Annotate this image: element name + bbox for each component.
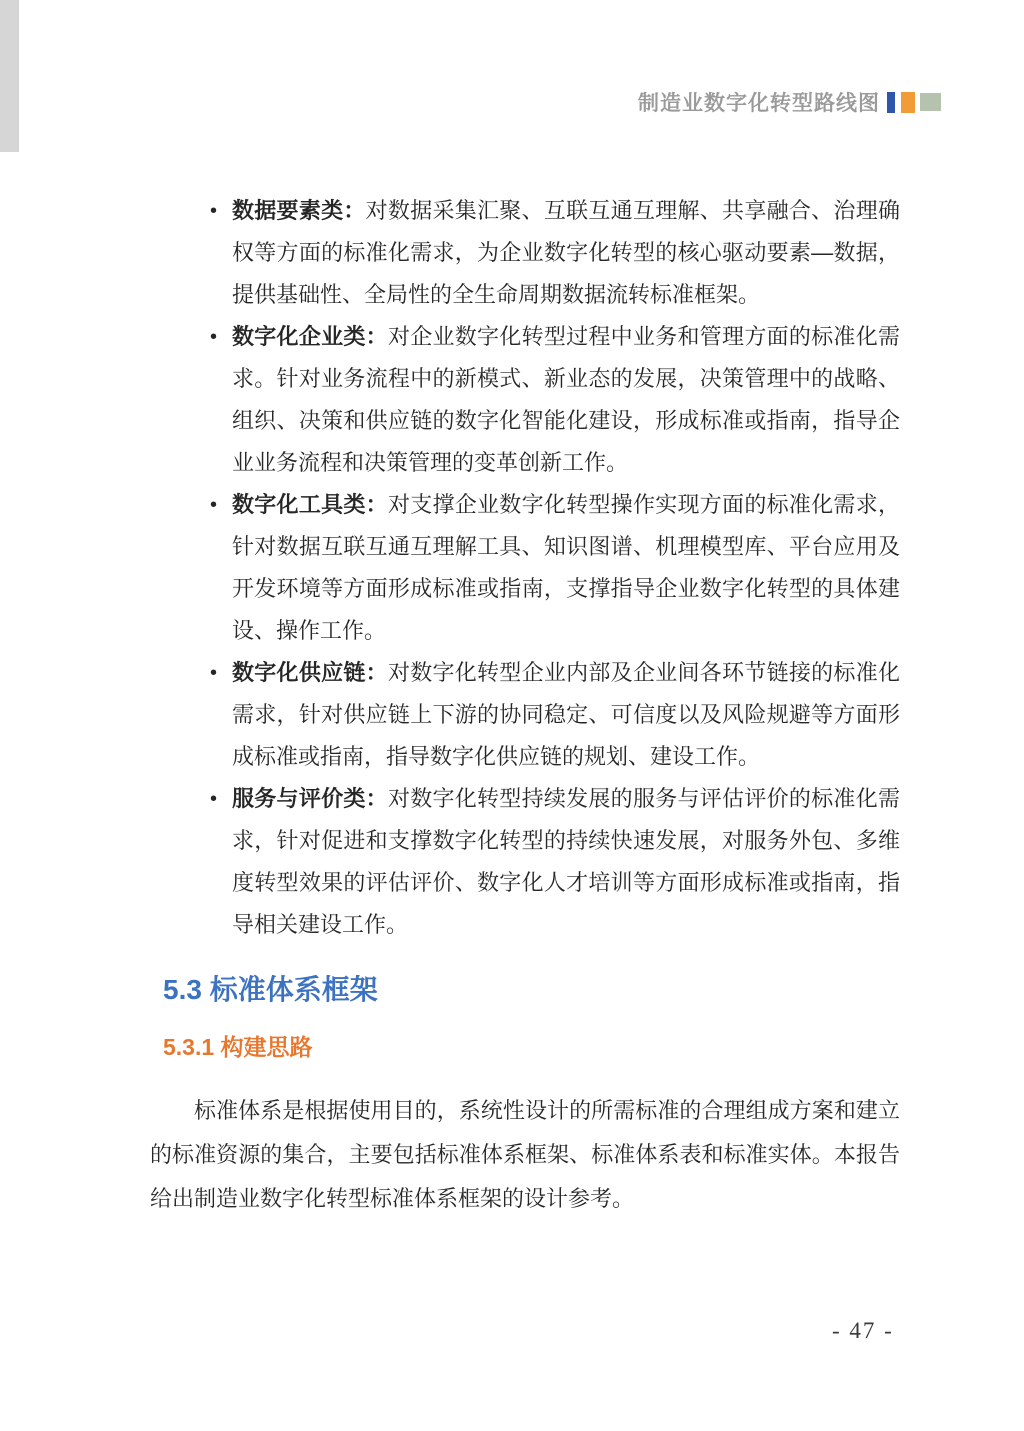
- page-number: - 47 -: [832, 1318, 894, 1344]
- bullet-icon: •: [210, 190, 217, 232]
- list-item-label: 数字化供应链：: [232, 660, 388, 685]
- page-content: •数据要素类：对数据采集汇聚、互联互通互理解、共享融合、治理确权等方面的标准化需…: [150, 190, 900, 1221]
- running-header-title: 制造业数字化转型路线图: [638, 87, 880, 117]
- list-item: •数字化供应链：对数字化转型企业内部及企业间各环节链接的标准化需求，针对供应链上…: [210, 652, 900, 778]
- section-heading-5-3: 5.3 标准体系框架: [163, 974, 900, 1006]
- list-item: •数据要素类：对数据采集汇聚、互联互通互理解、共享融合、治理确权等方面的标准化需…: [210, 190, 900, 316]
- body-paragraph: 标准体系是根据使用目的，系统性设计的所需标准的合理组成方案和建立的标准资源的集合…: [150, 1089, 900, 1221]
- list-item-label: 服务与评价类：: [232, 786, 388, 811]
- scan-edge-block: [0, 0, 19, 152]
- header-green-square-icon: [920, 93, 941, 111]
- list-item-label: 数字化企业类：: [232, 324, 388, 349]
- list-item-label: 数据要素类：: [232, 198, 366, 223]
- list-item: •服务与评价类：对数字化转型持续发展的服务与评估评价的标准化需求，针对促进和支撑…: [210, 778, 900, 946]
- header-orange-square-icon: [901, 92, 915, 113]
- list-item: •数字化企业类：对企业数字化转型过程中业务和管理方面的标准化需求。针对业务流程中…: [210, 316, 900, 484]
- bullet-icon: •: [210, 484, 217, 526]
- bullet-icon: •: [210, 652, 217, 694]
- standard-category-list: •数据要素类：对数据采集汇聚、互联互通互理解、共享融合、治理确权等方面的标准化需…: [210, 190, 900, 946]
- header-blue-square-icon: [887, 92, 895, 113]
- bullet-icon: •: [210, 778, 217, 820]
- running-header: 制造业数字化转型路线图: [638, 88, 941, 116]
- subsection-heading-5-3-1: 5.3.1 构建思路: [163, 1034, 900, 1061]
- list-item-label: 数字化工具类：: [232, 492, 388, 517]
- list-item: •数字化工具类：对支撑企业数字化转型操作实现方面的标准化需求，针对数据互联互通互…: [210, 484, 900, 652]
- bullet-icon: •: [210, 316, 217, 358]
